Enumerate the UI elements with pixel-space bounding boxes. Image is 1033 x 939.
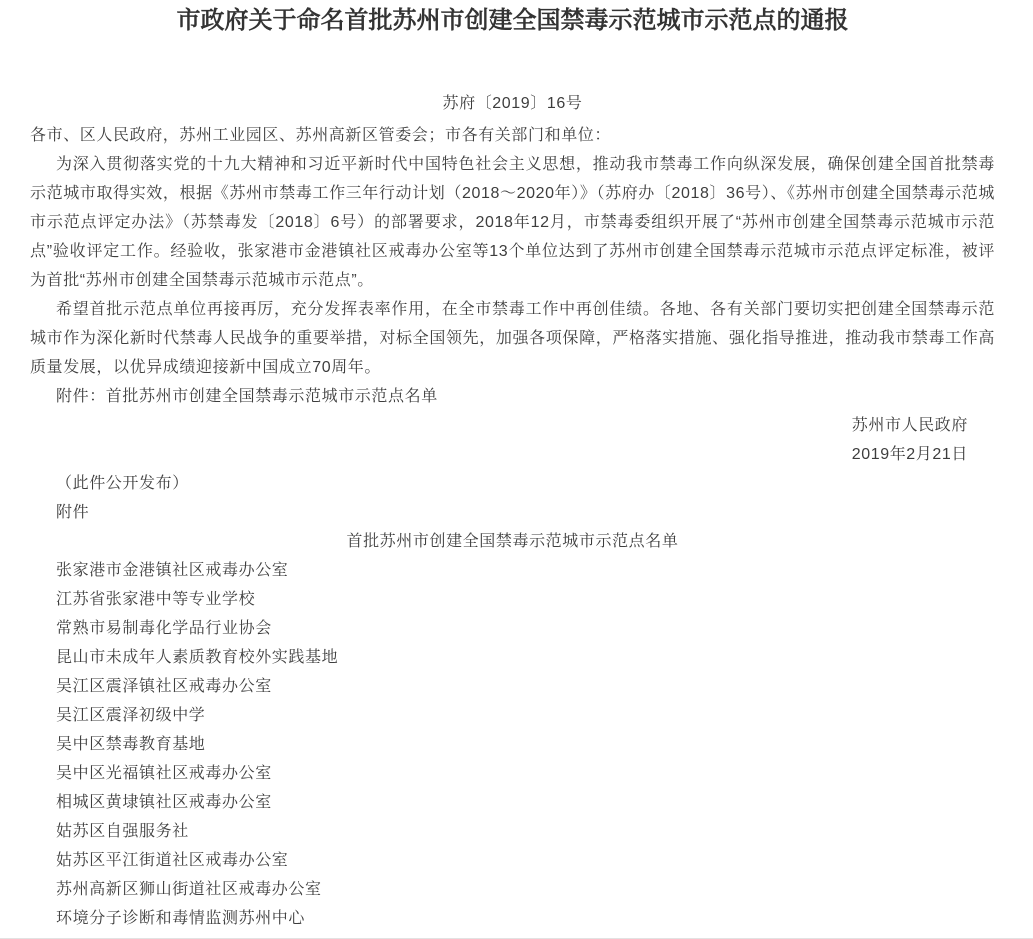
list-item: 苏州高新区狮山街道社区戒毒办公室 [30, 875, 995, 904]
salutation-line: 各市、区人民政府，苏州工业园区、苏州高新区管委会；市各有关部门和单位： [30, 121, 995, 150]
signature-issuer: 苏州市人民政府 [30, 411, 968, 440]
document-page: 市政府关于命名首批苏州市创建全国禁毒示范城市示范点的通报 苏府〔2019〕16号… [0, 0, 1033, 939]
body-paragraph: 为深入贯彻落实党的十九大精神和习近平新时代中国特色社会主义思想，推动我市禁毒工作… [30, 150, 995, 295]
list-item: 吴江区震泽初级中学 [30, 701, 995, 730]
attachment-label: 附件 [30, 498, 995, 527]
list-item: 常熟市易制毒化学品行业协会 [30, 614, 995, 643]
list-item: 张家港市金港镇社区戒毒办公室 [30, 556, 995, 585]
list-item: 相城区黄埭镇社区戒毒办公室 [30, 788, 995, 817]
attachment-list: 张家港市金港镇社区戒毒办公室 江苏省张家港中等专业学校 常熟市易制毒化学品行业协… [30, 556, 995, 933]
list-item: 姑苏区自强服务社 [30, 817, 995, 846]
list-item: 姑苏区平江街道社区戒毒办公室 [30, 846, 995, 875]
document-number: 苏府〔2019〕16号 [30, 89, 995, 118]
list-item: 环境分子诊断和毒情监测苏州中心 [30, 904, 995, 933]
page-title: 市政府关于命名首批苏州市创建全国禁毒示范城市示范点的通报 [30, 4, 995, 37]
list-item: 吴中区禁毒教育基地 [30, 730, 995, 759]
body-paragraph: 希望首批示范点单位再接再厉，充分发挥表率作用，在全市禁毒工作中再创佳绩。各地、各… [30, 295, 995, 382]
signature-block: 苏州市人民政府 2019年2月21日 [30, 411, 995, 469]
document-body: 各市、区人民政府，苏州工业园区、苏州高新区管委会；市各有关部门和单位： 为深入贯… [30, 121, 995, 933]
attachment-note: 附件：首批苏州市创建全国禁毒示范城市示范点名单 [30, 382, 995, 411]
attachment-title: 首批苏州市创建全国禁毒示范城市示范点名单 [30, 527, 995, 556]
signature-date: 2019年2月21日 [30, 440, 968, 469]
list-item: 江苏省张家港中等专业学校 [30, 585, 995, 614]
public-release-note: （此件公开发布） [30, 469, 995, 498]
list-item: 昆山市未成年人素质教育校外实践基地 [30, 643, 995, 672]
list-item: 吴中区光福镇社区戒毒办公室 [30, 759, 995, 788]
list-item: 吴江区震泽镇社区戒毒办公室 [30, 672, 995, 701]
